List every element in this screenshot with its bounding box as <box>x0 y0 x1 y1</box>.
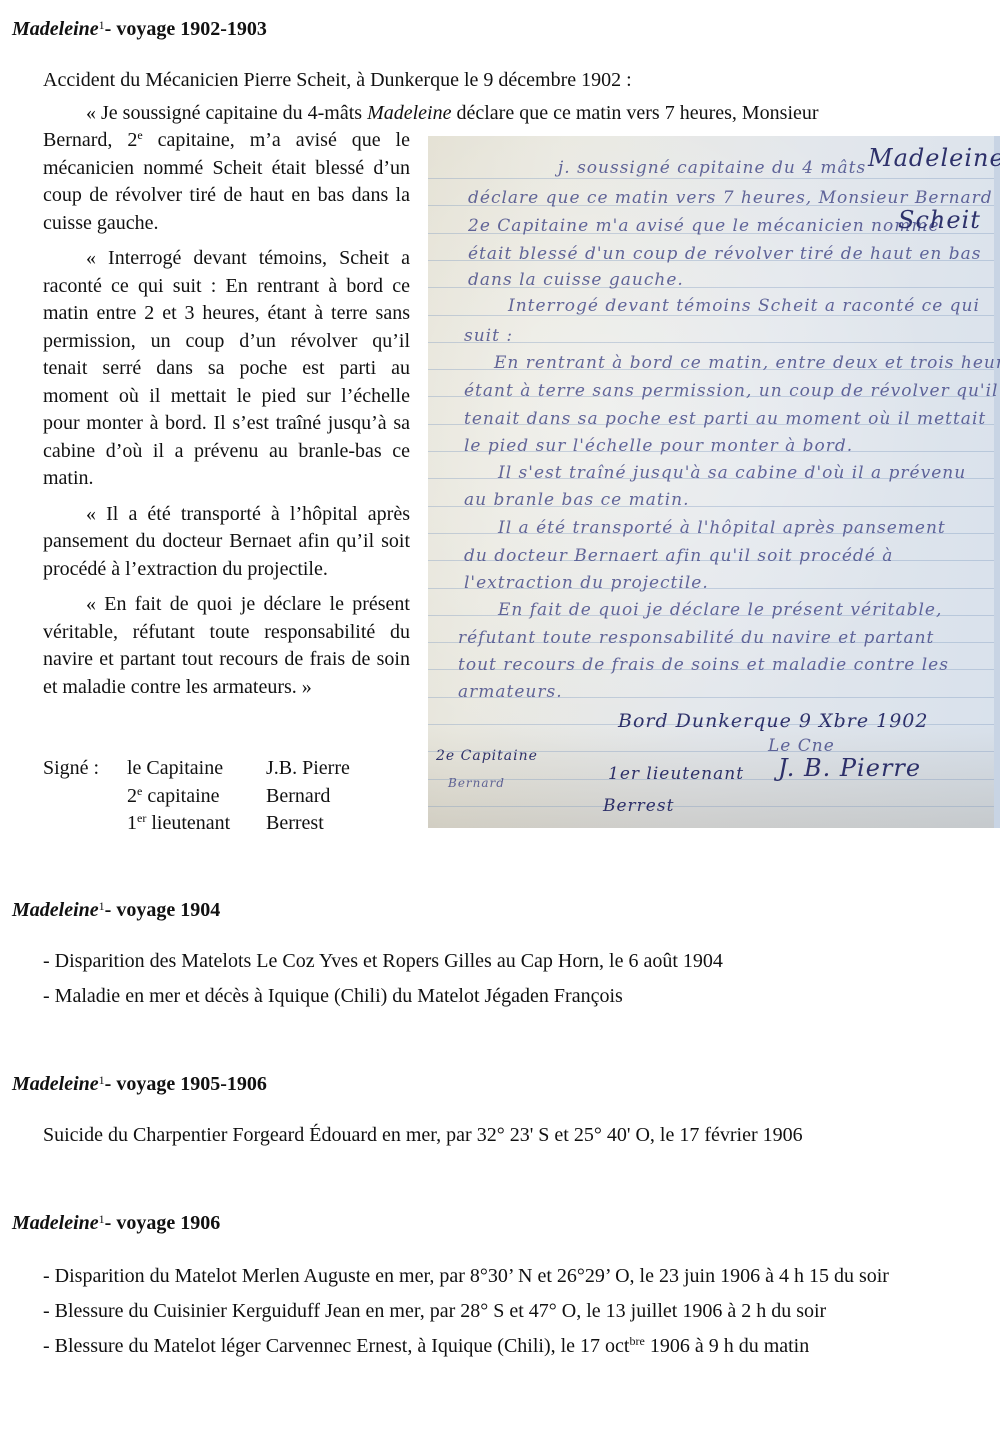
handwriting-line: l'extraction du projectile. <box>464 573 709 593</box>
left-text-column: Bernard, 2e capitaine, m’a avisé que le … <box>43 127 410 701</box>
handwritten-document-photo: j. soussigné capitaine du 4 mâts Madelei… <box>428 136 1000 828</box>
handwriting-line: Bord Dunkerque 9 Xbre 1902 <box>618 710 928 732</box>
ruled-line <box>428 342 1000 343</box>
ship-name: Madeleine <box>12 899 99 921</box>
heading-rest: - voyage 1905-1906 <box>105 1073 267 1095</box>
event-item: - Maladie en mer et décès à Iquique (Chi… <box>43 983 943 1010</box>
handwriting-line: Berrest <box>603 796 674 816</box>
intro-line: Accident du Mécanicien Pierre Scheit, à … <box>43 67 632 95</box>
handwriting-line: j. soussigné capitaine du 4 mâts <box>558 158 866 178</box>
handwriting-line: du docteur Bernaert afin qu'il soit proc… <box>464 546 893 566</box>
handwriting-line: tenait dans sa poche est parti au moment… <box>464 409 986 429</box>
event-item: - Blessure du Cuisinier Kerguiduff Jean … <box>43 1298 943 1325</box>
handwriting-line: Il a été transporté à l'hôpital après pa… <box>498 518 946 538</box>
signature-row: Signé : le Capitaine J.B. Pierre <box>43 755 350 783</box>
signature-role: le Capitaine <box>127 755 266 783</box>
signatures-block: Signé : le Capitaine J.B. Pierre 2e capi… <box>43 755 350 838</box>
heading-rest: - voyage 1902-1903 <box>105 18 267 40</box>
quote-first-line: « Je soussigné capitaine du 4-mâts Madel… <box>86 100 819 128</box>
handwriting-line: étant à terre sans permission, un coup d… <box>464 381 998 401</box>
para-text: Bernard, 2 <box>43 129 137 151</box>
page-edge <box>994 136 1000 828</box>
ruled-line <box>428 178 1000 179</box>
handwriting-line: le pied sur l'échelle pour monter à bord… <box>464 436 853 456</box>
para-text: « Interrogé devant témoins, Scheit a rac… <box>43 247 410 489</box>
handwriting-line: 2e Capitaine m'a avisé que le mécanicien… <box>468 216 940 236</box>
handwriting-line: déclare que ce matin vers 7 heures, Mons… <box>468 188 993 208</box>
handwriting-line: au branle bas ce matin. <box>464 490 690 510</box>
handwriting-line: Bernard <box>448 776 505 790</box>
signature-name: Berrest <box>266 810 350 838</box>
quote-text: « Je soussigné capitaine du 4-mâts <box>86 102 367 124</box>
handwriting-line: réfutant toute responsabilité du navire … <box>458 628 934 648</box>
heading-rest: - voyage 1904 <box>105 899 221 921</box>
event-text-1905: Suicide du Charpentier Forgeard Édouard … <box>43 1122 803 1150</box>
event-list-1904: - Disparition des Matelots Le Coz Yves e… <box>43 948 943 1010</box>
handwriting-line: En rentrant à bord ce matin, entre deux … <box>494 353 1000 373</box>
handwriting-line: 2e Capitaine <box>436 748 538 764</box>
handwriting-line: 1er lieutenant <box>608 764 744 784</box>
ship-name: Madeleine <box>12 1073 99 1095</box>
paragraph-1: Bernard, 2e capitaine, m’a avisé que le … <box>43 127 410 237</box>
section-heading-1902: Madeleine1- voyage 1902-1903 <box>12 18 267 41</box>
section-heading-1904: Madeleine1- voyage 1904 <box>12 899 220 922</box>
section-heading-1905-1906: Madeleine1- voyage 1905-1906 <box>12 1073 267 1096</box>
handwriting-line: suit : <box>464 326 513 346</box>
handwriting-line: dans la cuisse gauche. <box>468 270 684 290</box>
handwriting-line: tout recours de frais de soins et maladi… <box>458 655 949 675</box>
handwriting-line: Scheit <box>898 206 981 234</box>
handwriting-line: était blessé d'un coup de révolver tiré … <box>468 244 981 264</box>
para-text: « Il a été transporté à l’hôpital après … <box>43 503 410 580</box>
quote-text: déclare que ce matin vers 7 heures, Mons… <box>451 102 818 124</box>
ship-name-inline: Madeleine <box>367 102 451 124</box>
signature-role: 1er lieutenant <box>127 810 266 838</box>
event-item: - Disparition des Matelots Le Coz Yves e… <box>43 948 943 975</box>
para-text: « En fait de quoi je déclare le présent … <box>43 593 410 698</box>
paragraph-3: « Il a été transporté à l’hôpital après … <box>43 501 410 584</box>
signature-row: 1er lieutenant Berrest <box>43 810 350 838</box>
handwriting-line: En fait de quoi je déclare le présent vé… <box>498 600 942 620</box>
handwriting-line: Interrogé devant témoins Scheit a racont… <box>508 296 980 316</box>
handwriting-line: Madeleine <box>868 144 1000 172</box>
signature-name: J.B. Pierre <box>266 755 350 783</box>
section-heading-1906: Madeleine1- voyage 1906 <box>12 1212 220 1235</box>
handwriting-line: Le Cne <box>768 736 835 756</box>
handwriting-line: armateurs. <box>458 682 563 702</box>
paragraph-2: « Interrogé devant témoins, Scheit a rac… <box>43 245 410 493</box>
signed-label: Signé : <box>43 755 127 783</box>
signature-name: Bernard <box>266 783 350 811</box>
ship-name: Madeleine <box>12 18 99 40</box>
handwriting-line: J. B. Pierre <box>778 754 921 782</box>
signature-row: 2e capitaine Bernard <box>43 783 350 811</box>
signature-role: 2e capitaine <box>127 783 266 811</box>
paragraph-4: « En fait de quoi je déclare le présent … <box>43 591 410 701</box>
signatures-table: Signé : le Capitaine J.B. Pierre 2e capi… <box>43 755 350 838</box>
event-item: - Disparition du Matelot Merlen Auguste … <box>43 1263 943 1290</box>
handwriting-line: Il s'est traîné jusqu'à sa cabine d'où i… <box>498 463 966 483</box>
ruled-line <box>428 806 1000 807</box>
event-item: - Blessure du Matelot léger Carvennec Er… <box>43 1333 943 1360</box>
ship-name: Madeleine <box>12 1212 99 1234</box>
event-list-1906: - Disparition du Matelot Merlen Auguste … <box>43 1263 943 1360</box>
heading-rest: - voyage 1906 <box>105 1212 221 1234</box>
